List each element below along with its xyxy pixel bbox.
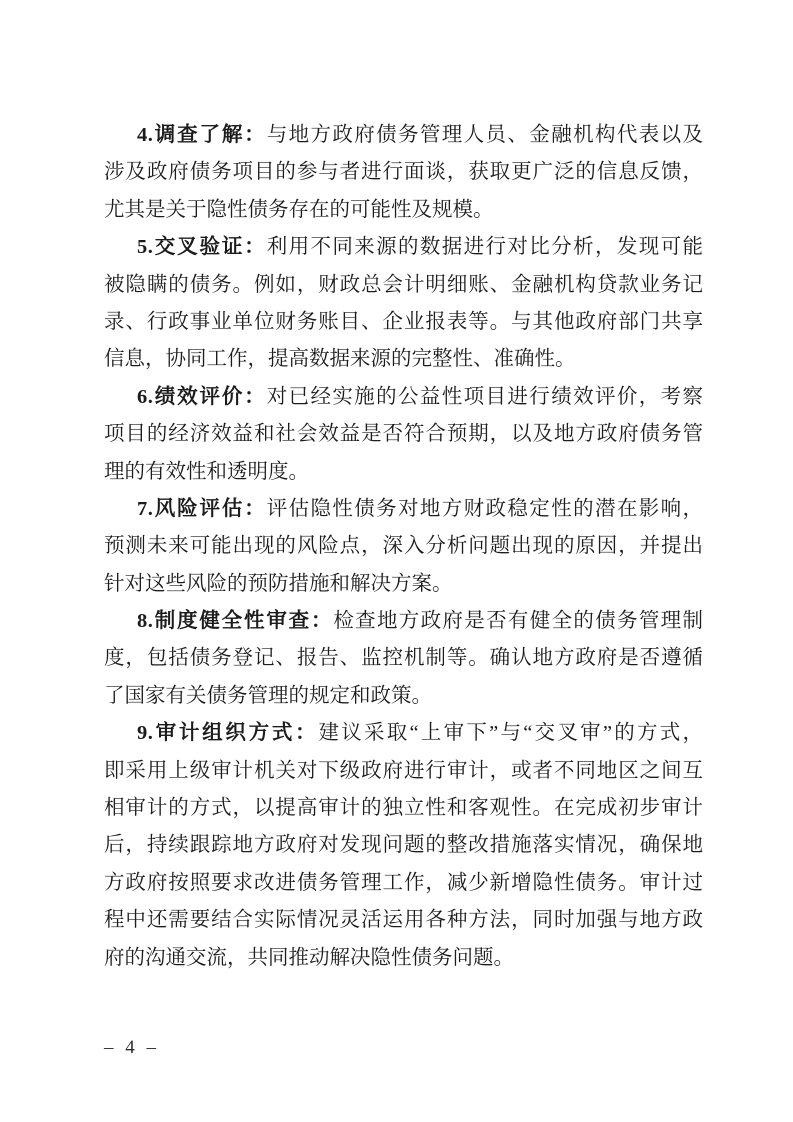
paragraph-8-system-review: 8.制度健全性审查：检查地方政府是否有健全的债务管理制 度，包括债务登记、报告、… — [104, 603, 703, 715]
paragraph-line: 9.审计组织方式：建议采取“上审下”与“交叉审”的方式， — [104, 715, 703, 752]
paragraph-text: 检查地方政府是否有健全的债务管理制 — [333, 610, 703, 632]
document-body: 4.调查了解：与地方政府债务管理人员、金融机构代表以及 涉及政府债务项目的参与者… — [104, 117, 703, 977]
paragraph-line: 涉及政府债务项目的参与者进行面谈，获取更广泛的信息反馈， — [104, 154, 703, 191]
paragraph-line: 4.调查了解：与地方政府债务管理人员、金融机构代表以及 — [104, 117, 703, 154]
paragraph-4-investigation: 4.调查了解：与地方政府债务管理人员、金融机构代表以及 涉及政府债务项目的参与者… — [104, 117, 703, 229]
paragraph-line: 项目的经济效益和社会效益是否符合预期，以及地方政府债务管 — [104, 416, 703, 453]
paragraph-7-risk-assessment: 7.风险评估：评估隐性债务对地方财政稳定性的潜在影响， 预测未来可能出现的风险点… — [104, 491, 703, 603]
paragraph-line: 相审计的方式，以提高审计的独立性和客观性。在完成初步审计 — [104, 790, 703, 827]
paragraph-label: 4.调查了解： — [137, 124, 267, 146]
paragraph-text: 建议采取“上审下”与“交叉审”的方式， — [318, 722, 703, 744]
paragraph-line: 针对这些风险的预防措施和解决方案。 — [104, 566, 703, 603]
paragraph-line: 后，持续跟踪地方政府对发现问题的整改措施落实情况，确保地 — [104, 827, 703, 864]
paragraph-9-audit-organization: 9.审计组织方式：建议采取“上审下”与“交叉审”的方式， 即采用上级审计机关对下… — [104, 715, 703, 977]
paragraph-line: 度，包括债务登记、报告、监控机制等。确认地方政府是否遵循 — [104, 640, 703, 677]
paragraph-line: 方政府按照要求改进债务管理工作，减少新增隐性债务。审计过 — [104, 865, 703, 902]
paragraph-line: 即采用上级审计机关对下级政府进行审计，或者不同地区之间互 — [104, 753, 703, 790]
paragraph-label: 6.绩效评价： — [137, 386, 267, 408]
paragraph-line: 7.风险评估：评估隐性债务对地方财政稳定性的潜在影响， — [104, 491, 703, 528]
paragraph-line: 府的沟通交流，共同推动解决隐性债务问题。 — [104, 940, 703, 977]
paragraph-line: 6.绩效评价：对已经实施的公益性项目进行绩效评价，考察 — [104, 379, 703, 416]
paragraph-line: 录、行政事业单位财务账目、企业报表等。与其他政府部门共享 — [104, 304, 703, 341]
paragraph-line: 被隐瞒的债务。例如，财政总会计明细账、金融机构贷款业务记 — [104, 267, 703, 304]
paragraph-label: 9.审计组织方式： — [137, 722, 318, 744]
paragraph-line: 5.交叉验证：利用不同来源的数据进行对比分析，发现可能 — [104, 229, 703, 266]
paragraph-label: 7.风险评估： — [137, 498, 267, 520]
paragraph-text: 与地方政府债务管理人员、金融机构代表以及 — [267, 124, 703, 146]
page-number: – 4 – — [104, 1036, 157, 1060]
paragraph-line: 尤其是关于隐性债务存在的可能性及规模。 — [104, 192, 703, 229]
paragraph-text: 评估隐性债务对地方财政稳定性的潜在影响， — [267, 498, 703, 520]
paragraph-label: 8.制度健全性审查： — [137, 610, 333, 632]
paragraph-line: 程中还需要结合实际情况灵活运用各种方法，同时加强与地方政 — [104, 902, 703, 939]
paragraph-6-performance-evaluation: 6.绩效评价：对已经实施的公益性项目进行绩效评价，考察 项目的经济效益和社会效益… — [104, 379, 703, 491]
document-page: 4.调查了解：与地方政府债务管理人员、金融机构代表以及 涉及政府债务项目的参与者… — [0, 0, 793, 1122]
paragraph-text: 对已经实施的公益性项目进行绩效评价，考察 — [267, 386, 703, 408]
paragraph-line: 预测未来可能出现的风险点，深入分析问题出现的原因，并提出 — [104, 528, 703, 565]
paragraph-line: 理的有效性和透明度。 — [104, 454, 703, 491]
paragraph-text: 利用不同来源的数据进行对比分析，发现可能 — [267, 236, 703, 258]
paragraph-label: 5.交叉验证： — [137, 236, 267, 258]
paragraph-line: 8.制度健全性审查：检查地方政府是否有健全的债务管理制 — [104, 603, 703, 640]
paragraph-5-cross-validation: 5.交叉验证：利用不同来源的数据进行对比分析，发现可能 被隐瞒的债务。例如，财政… — [104, 229, 703, 379]
paragraph-line: 了国家有关债务管理的规定和政策。 — [104, 678, 703, 715]
paragraph-line: 信息，协同工作，提高数据来源的完整性、准确性。 — [104, 341, 703, 378]
